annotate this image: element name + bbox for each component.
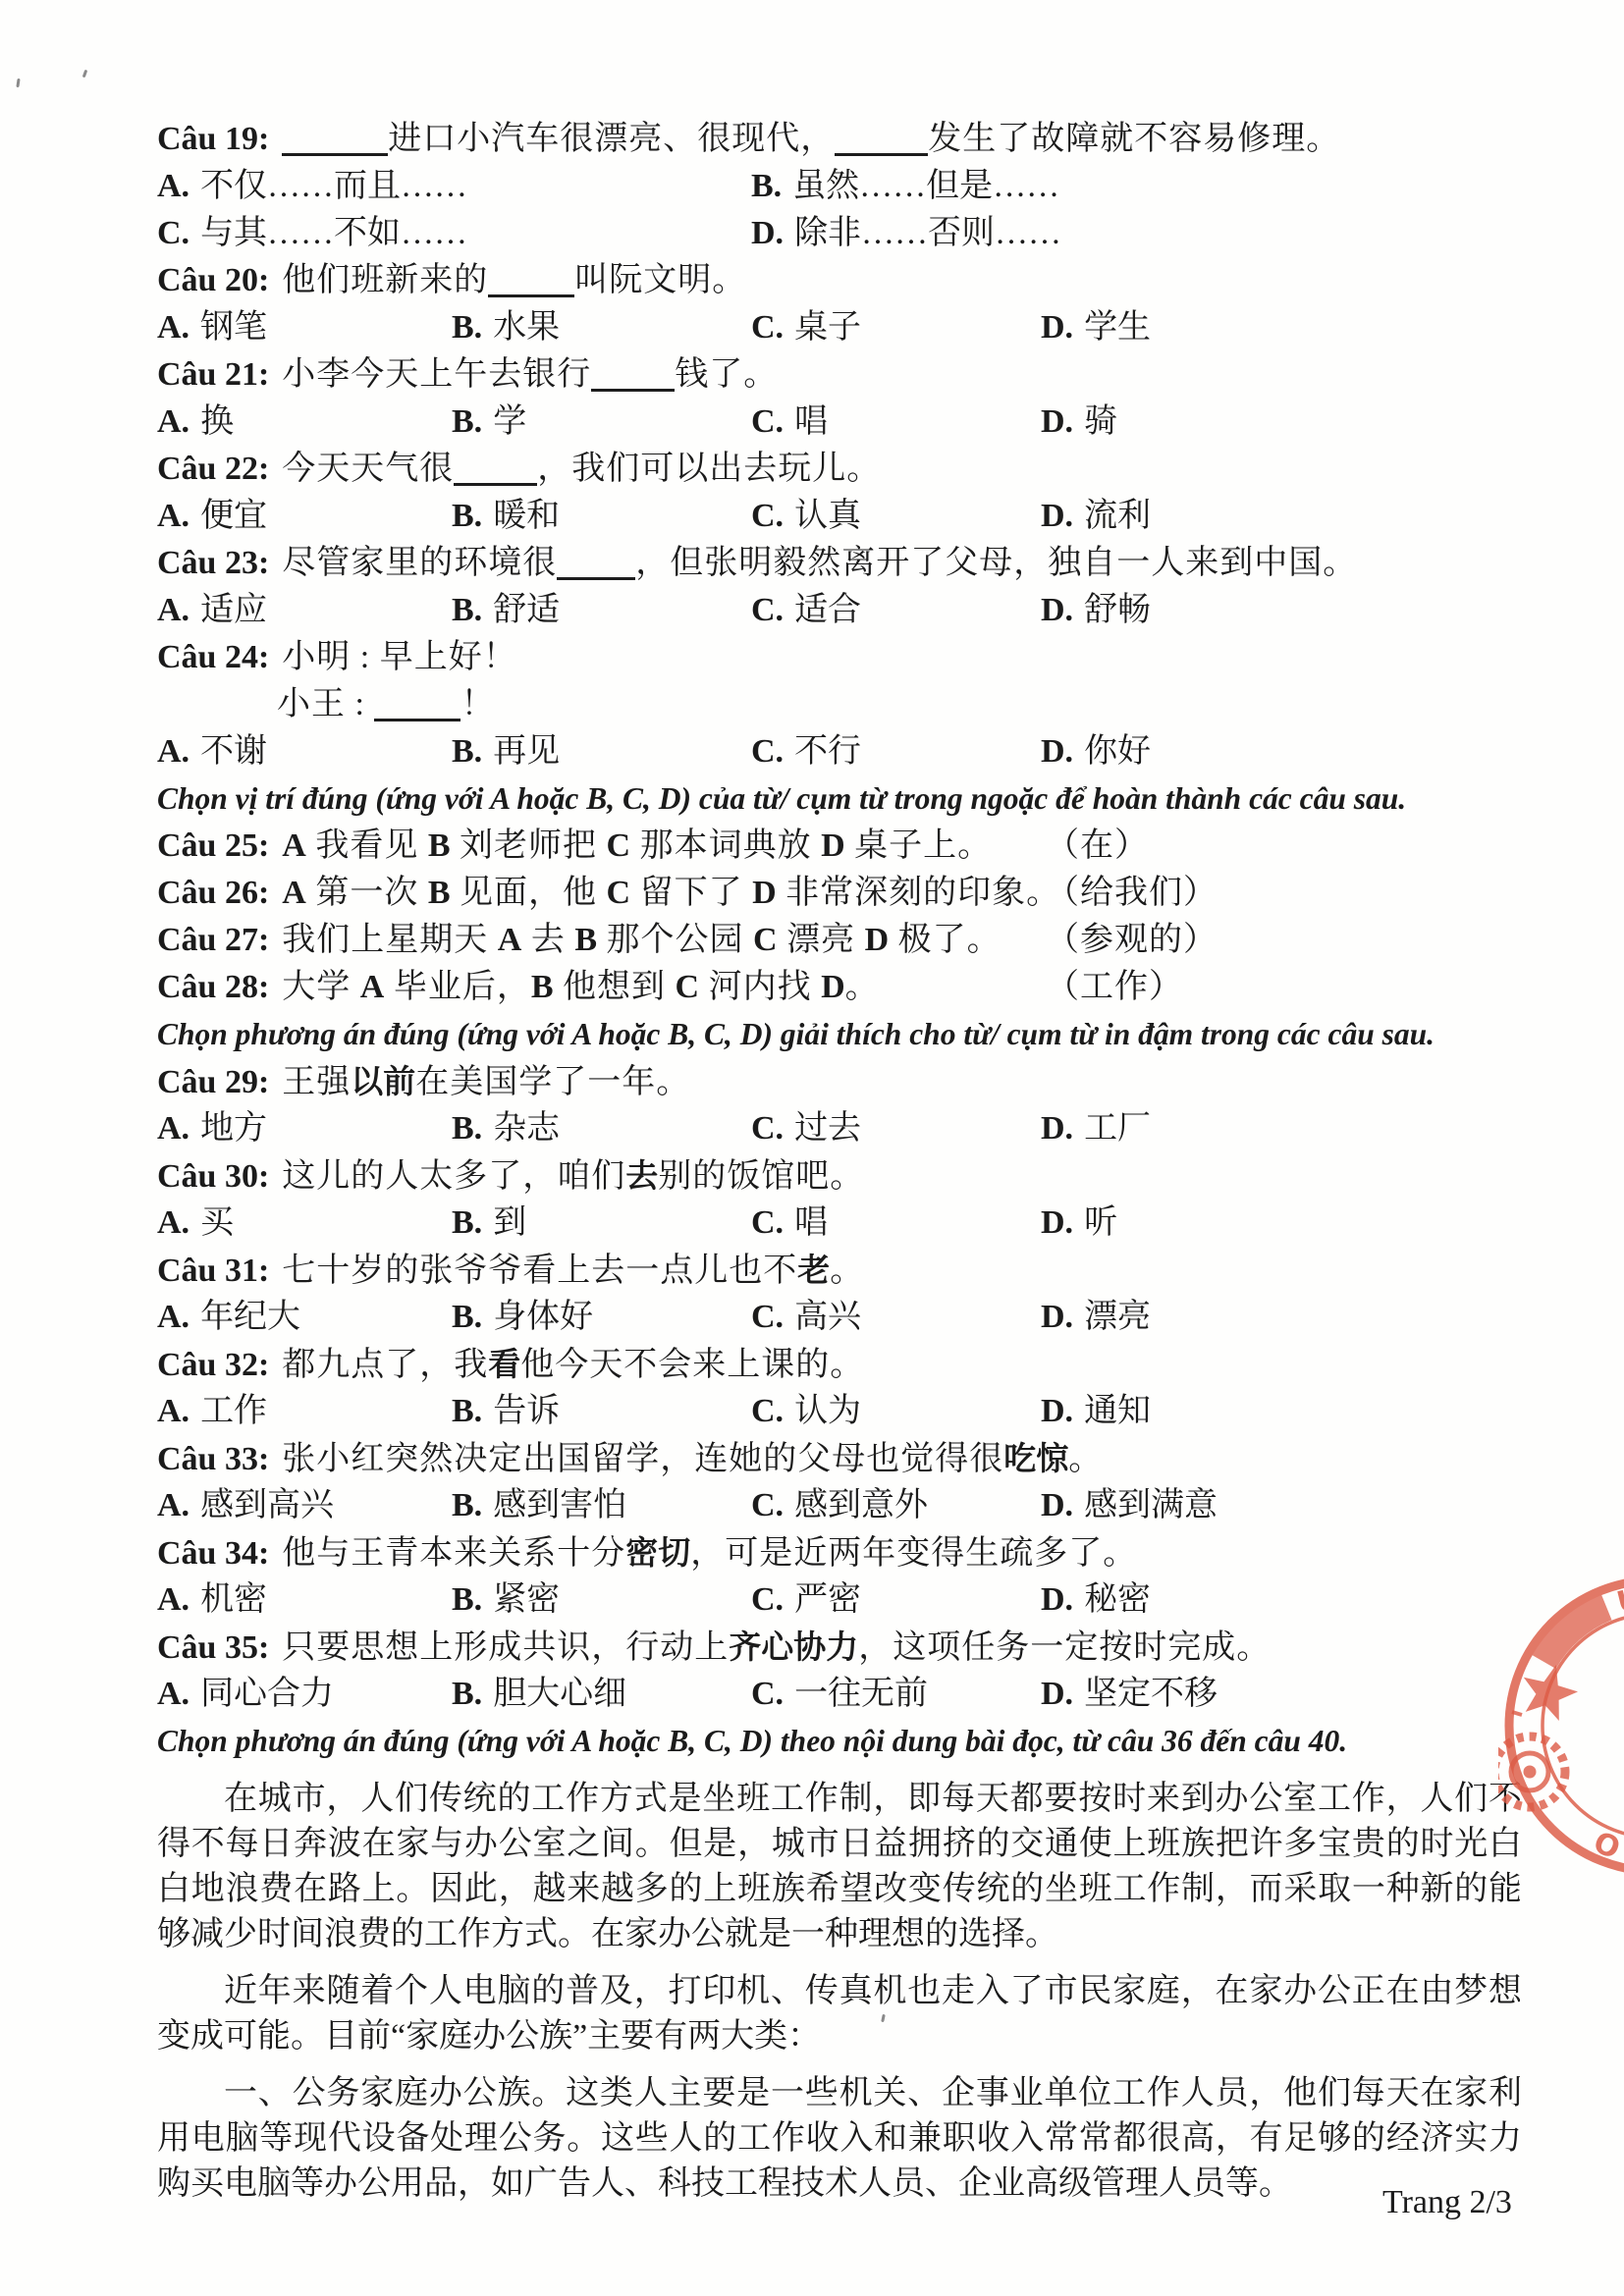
question-line: Câu 26:A 第一次 B 见面，他 C 留下了 D 非常深刻的印象。（给我们…: [157, 870, 1522, 917]
question-text-segment: 都九点了，我: [282, 1347, 488, 1383]
option-text: 学生: [1084, 309, 1151, 346]
instruction-line: Chọn phương án đúng (ứng với A hoặc B, C…: [157, 1011, 1522, 1058]
instruction-line: Chọn phương án đúng (ứng với A hoặc B, C…: [157, 1718, 1522, 1765]
option-text: 感到高兴: [200, 1487, 334, 1523]
question-label: Câu 31:: [157, 1253, 282, 1289]
option-text: 钢笔: [200, 309, 267, 346]
options-row: A.不仅……而且……B.虽然……但是……: [157, 163, 1522, 210]
option-letter: C.: [751, 1393, 794, 1429]
question-text-segment: ，这项任务一定按时完成。: [858, 1629, 1271, 1666]
option-text: 除非……否则……: [794, 215, 1061, 251]
option-text: 学: [493, 403, 526, 440]
bracket-note: （参观的）: [1046, 917, 1218, 964]
question-text-segment: 第一次: [306, 875, 428, 911]
position-letter: B: [574, 922, 597, 958]
question-text-segment: ，可是近两年变得生疏多了。: [690, 1535, 1137, 1572]
options-row: A.感到高兴B.感到害怕C.感到意外D.感到满意: [157, 1482, 1522, 1529]
option-letter: A.: [157, 168, 200, 204]
question-line: Câu 30:这儿的人太多了，咱们去别的饭馆吧。: [157, 1152, 1522, 1200]
options-row: A.机密B.紧密C.严密D.秘密: [157, 1576, 1522, 1624]
option-letter: A.: [157, 498, 200, 534]
question-label: Câu 25:: [157, 828, 282, 864]
question-text-segment: 毕业后，: [384, 969, 531, 1005]
position-letter: C: [607, 875, 631, 911]
question-label: Câu 23:: [157, 545, 282, 581]
option-text: 胆大心细: [493, 1676, 626, 1712]
option-text: 桌子: [794, 309, 861, 346]
question-text-segment: 他今天不会来上课的。: [520, 1347, 864, 1383]
option-letter: B.: [452, 1110, 493, 1147]
option: D.除非……否则……: [751, 210, 1061, 257]
option-letter: D.: [1041, 1487, 1084, 1523]
blank-line: [557, 544, 635, 580]
option-text: 告诉: [493, 1393, 560, 1429]
question-text-segment: 只要思想上形成共识，行动上: [282, 1629, 729, 1666]
question-label: Câu 21:: [157, 356, 282, 393]
official-stamp: Ụ C V O À: [1498, 1567, 1624, 1900]
question-label: Câu 35:: [157, 1629, 282, 1666]
option-letter: B.: [452, 1393, 493, 1429]
question-text-segment: 留下了: [630, 875, 752, 911]
question-text-segment: 进口小汽车很漂亮、很现代，: [388, 121, 835, 157]
option-text: 水果: [493, 309, 560, 346]
options-row: A.买B.到C.唱D.听: [157, 1200, 1522, 1247]
option: A.年纪大: [157, 1294, 300, 1341]
option-letter: D.: [1041, 1204, 1084, 1241]
option: D.流利: [1041, 493, 1151, 540]
option-letter: D.: [1041, 1676, 1084, 1712]
question-text-segment: 七十岁的张爷爷看上去一点儿也不: [282, 1253, 797, 1289]
question-text-segment: 小王 :: [277, 686, 374, 722]
question-text-segment: 极了。: [889, 922, 1001, 958]
option-letter: C.: [751, 1581, 794, 1618]
option-letter: B.: [751, 168, 792, 204]
option-text: 听: [1084, 1204, 1117, 1241]
option-letter: B.: [452, 733, 493, 770]
options-row: A.不谢B.再见C.不行D.你好: [157, 728, 1522, 775]
option-letter: D.: [751, 215, 794, 251]
option-text: 工厂: [1084, 1110, 1151, 1147]
option-letter: B.: [452, 1581, 493, 1618]
option: D.舒畅: [1041, 587, 1151, 634]
bold-term: 去: [625, 1156, 658, 1195]
option-letter: D.: [1041, 1393, 1084, 1429]
option-letter: D.: [1041, 733, 1084, 770]
option-text: 与其……不如……: [200, 215, 467, 251]
question-text-segment: 他与王青本来关系十分: [282, 1535, 625, 1572]
options-row: A.地方B.杂志C.过去D.工厂: [157, 1105, 1522, 1152]
question-text-segment: 小明 : 早上好！: [282, 639, 516, 675]
option-text: 感到害怕: [493, 1487, 626, 1523]
question-line: Câu 34:他与王青本来关系十分密切，可是近两年变得生疏多了。: [157, 1529, 1522, 1576]
option: B.暖和: [452, 493, 560, 540]
bracket-note: （工作）: [1046, 964, 1183, 1011]
option-text: 舒适: [493, 592, 560, 628]
bracket-note: （在）: [1046, 823, 1149, 870]
option-text: 杂志: [493, 1110, 560, 1147]
question-line: Câu 19:进口小汽车很漂亮、很现代，发生了故障就不容易修理。: [157, 116, 1522, 163]
option: B.感到害怕: [452, 1482, 626, 1529]
option: D.骑: [1041, 399, 1117, 446]
question-text-segment: 我们上星期天: [282, 922, 498, 958]
option: A.换: [157, 399, 234, 446]
option-letter: D.: [1041, 1110, 1084, 1147]
option: C.唱: [751, 399, 828, 446]
option: C.与其……不如……: [157, 210, 467, 257]
option-letter: D.: [1041, 309, 1084, 346]
option-letter: B.: [452, 1676, 493, 1712]
question-text-segment: 桌子上。: [845, 828, 993, 864]
option: B.学: [452, 399, 526, 446]
question-text-segment: ，我们可以出去玩儿。: [537, 451, 881, 487]
option-text: 到: [493, 1204, 526, 1241]
option: A.机密: [157, 1576, 267, 1624]
bracket-note: （给我们）: [1046, 870, 1218, 917]
options-row: C.与其……不如……D.除非……否则……: [157, 210, 1522, 257]
question-text-segment: 别的饭馆吧。: [658, 1158, 864, 1195]
question-text-segment: 大学: [282, 969, 360, 1005]
option-letter: D.: [1041, 498, 1084, 534]
option: C.桌子: [751, 304, 861, 351]
option-text: 年纪大: [200, 1299, 300, 1335]
option-text: 暖和: [493, 498, 560, 534]
option-text: 便宜: [200, 498, 267, 534]
question-line: Câu 33:张小红突然决定出国留学，连她的父母也觉得很吃惊。: [157, 1435, 1522, 1482]
question-line: Câu 28:大学 A 毕业后，B 他想到 C 河内找 D。（工作）: [157, 964, 1522, 1011]
option: C.一往无前: [751, 1671, 928, 1718]
option-text: 舒畅: [1084, 592, 1151, 628]
question-text-segment: 见面，他: [451, 875, 607, 911]
position-letter: D: [821, 969, 845, 1005]
question-label: Câu 19:: [157, 121, 282, 157]
option: C.严密: [751, 1576, 861, 1624]
bold-term: 密切: [625, 1533, 690, 1572]
option-letter: C.: [751, 498, 794, 534]
bold-term: 老: [797, 1251, 830, 1289]
option: B.身体好: [452, 1294, 593, 1341]
option-text: 买: [200, 1204, 234, 1241]
options-row: A.便宜B.暖和C.认真D.流利: [157, 493, 1522, 540]
question-label: Câu 26:: [157, 875, 282, 911]
position-letter: D: [865, 922, 890, 958]
option-text: 唱: [794, 1204, 828, 1241]
question-line: Câu 29:王强以前在美国学了一年。: [157, 1058, 1522, 1105]
options-row: A.适应B.舒适C.适合D.舒畅: [157, 587, 1522, 634]
option-letter: C.: [751, 403, 794, 440]
position-letter: C: [676, 969, 700, 1005]
stamp-cog-icon: [1524, 1766, 1536, 1778]
question-label: Câu 29:: [157, 1064, 282, 1100]
option-text: 工作: [200, 1393, 267, 1429]
option-text: 流利: [1084, 498, 1151, 534]
option: C.唱: [751, 1200, 828, 1247]
position-letter: C: [607, 828, 631, 864]
option: D.通知: [1041, 1388, 1151, 1435]
stamp-star-icon: [1524, 1665, 1578, 1721]
stamp-band-blotch: [1543, 1607, 1606, 1662]
question-text-segment: 叫阮文明。: [574, 262, 746, 298]
content-flow: Câu 19:进口小汽车很漂亮、很现代，发生了故障就不容易修理。A.不仅……而且…: [157, 116, 1522, 2207]
bold-term: 吃惊: [1003, 1439, 1068, 1477]
option-letter: A.: [157, 1299, 200, 1335]
option-text: 再见: [493, 733, 560, 770]
option-letter: C.: [751, 1110, 794, 1147]
option-text: 不仅……而且……: [200, 168, 467, 204]
option-letter: C.: [157, 215, 200, 251]
option-text: 感到意外: [794, 1487, 928, 1523]
option-text: 认为: [794, 1393, 861, 1429]
option: A.钢笔: [157, 304, 267, 351]
question-text-segment: 刘老师把: [451, 828, 607, 864]
position-letter: D: [752, 875, 777, 911]
option-letter: C.: [751, 1299, 794, 1335]
question-text-segment: 这儿的人太多了，咱们: [282, 1158, 625, 1195]
question-label: Câu 24:: [157, 639, 282, 675]
question-line: Câu 31:七十岁的张爷爷看上去一点儿也不老。: [157, 1247, 1522, 1294]
option: C.不行: [751, 728, 861, 775]
option: D.感到满意: [1041, 1482, 1218, 1529]
question-line: Câu 21:小李今天上午去银行钱了。: [157, 351, 1522, 399]
position-letter: A: [360, 969, 385, 1005]
question-text-segment: 。: [830, 1253, 864, 1289]
option: A.不仅……而且……: [157, 163, 467, 210]
question-text-segment: 王强: [282, 1064, 351, 1100]
option: B.到: [452, 1200, 526, 1247]
option: C.适合: [751, 587, 861, 634]
option-text: 高兴: [794, 1299, 861, 1335]
question-text-segment: 那本词典放: [630, 828, 821, 864]
option-letter: C.: [751, 1676, 794, 1712]
option: C.感到意外: [751, 1482, 928, 1529]
option-text: 通知: [1084, 1393, 1151, 1429]
options-row: A.钢笔B.水果C.桌子D.学生: [157, 304, 1522, 351]
option-letter: A.: [157, 592, 200, 628]
option-letter: B.: [452, 1487, 493, 1523]
question-line: Câu 32:都九点了，我看他今天不会来上课的。: [157, 1341, 1522, 1388]
option: A.同心合力: [157, 1671, 334, 1718]
question-text-segment: 。: [845, 969, 880, 1005]
question-line: Câu 20:他们班新来的叫阮文明。: [157, 257, 1522, 304]
question-label: Câu 27:: [157, 922, 282, 958]
question-text-segment: 漂亮: [778, 922, 865, 958]
position-letter: A: [498, 922, 522, 958]
question-line: Câu 22:今天天气很，我们可以出去玩儿。: [157, 446, 1522, 493]
options-row: A.同心合力B.胆大心细C.一往无前D.坚定不移: [157, 1671, 1522, 1718]
option: D.漂亮: [1041, 1294, 1151, 1341]
option-letter: B.: [452, 1299, 493, 1335]
option-letter: D.: [1041, 592, 1084, 628]
question-text-segment: 发生了故障就不容易修理。: [928, 121, 1340, 157]
question-label: Câu 34:: [157, 1535, 282, 1572]
option-letter: A.: [157, 1204, 200, 1241]
option-letter: A.: [157, 1110, 200, 1147]
question-label: Câu 28:: [157, 969, 282, 1005]
option: D.你好: [1041, 728, 1151, 775]
bold-term: 齐心协力: [729, 1628, 858, 1666]
option: C.过去: [751, 1105, 861, 1152]
position-letter: D: [821, 828, 845, 864]
scan-artifact: [82, 70, 88, 79]
blank-line: [282, 120, 388, 156]
page-number: Trang 2/3: [1382, 2181, 1512, 2224]
option: B.告诉: [452, 1388, 560, 1435]
passage-paragraph: 在城市，人们传统的工作方式是坐班工作制，即每天都要按时来到办公室工作，人们不得不…: [157, 1777, 1522, 1957]
option: A.适应: [157, 587, 267, 634]
option: A.感到高兴: [157, 1482, 334, 1529]
question-text-segment: 今天天气很: [282, 451, 454, 487]
question-text-segment: 钱了。: [675, 356, 778, 393]
option-letter: D.: [1041, 403, 1084, 440]
question-text-segment: 在美国学了一年。: [415, 1064, 690, 1100]
exam-page: Câu 19:进口小汽车很漂亮、很现代，发生了故障就不容易修理。A.不仅……而且…: [0, 0, 1624, 2296]
question-text-segment: 小李今天上午去银行: [282, 356, 591, 393]
option-text: 不谢: [200, 733, 267, 770]
question-line: Câu 24:小明 : 早上好！: [157, 634, 1522, 681]
position-letter: B: [531, 969, 554, 1005]
question-label: Câu 22:: [157, 451, 282, 487]
option-letter: C.: [751, 1204, 794, 1241]
option-letter: A.: [157, 733, 200, 770]
question-label: Câu 20:: [157, 262, 282, 298]
option-text: 同心合力: [200, 1676, 334, 1712]
question-text-segment: 河内找: [699, 969, 821, 1005]
blank-line: [488, 261, 574, 297]
option: D.听: [1041, 1200, 1117, 1247]
option: A.地方: [157, 1105, 267, 1152]
option-text: 感到满意: [1084, 1487, 1218, 1523]
option-letter: A.: [157, 1487, 200, 1523]
question-label: Câu 32:: [157, 1347, 282, 1383]
position-letter: B: [428, 875, 451, 911]
option-text: 一往无前: [794, 1676, 928, 1712]
options-row: A.工作B.告诉C.认为D.通知: [157, 1388, 1522, 1435]
question-label: Câu 33:: [157, 1441, 282, 1477]
question-line: Câu 23:尽管家里的环境很，但张明毅然离开了父母，独自一人来到中国。: [157, 540, 1522, 587]
option-text: 机密: [200, 1581, 267, 1618]
passage-paragraph: 近年来随着个人电脑的普及，打印机、传真机也走入了市民家庭，在家办公正在由梦想变成…: [157, 1969, 1522, 2059]
option: A.工作: [157, 1388, 267, 1435]
option-text: 你好: [1084, 733, 1151, 770]
option-text: 不行: [794, 733, 861, 770]
question-text-segment: 张小红突然决定出国留学，连她的父母也觉得很: [282, 1441, 1003, 1477]
option-text: 认真: [794, 498, 861, 534]
option: B.舒适: [452, 587, 560, 634]
position-letter: C: [753, 922, 778, 958]
option: D.秘密: [1041, 1576, 1151, 1624]
option-text: 身体好: [493, 1299, 593, 1335]
option-text: 适应: [200, 592, 267, 628]
question-text-segment: ，但张明毅然离开了父母，独自一人来到中国。: [635, 545, 1357, 581]
question-text-segment: 非常深刻的印象。: [777, 875, 1061, 911]
option-letter: A.: [157, 1581, 200, 1618]
option: B.水果: [452, 304, 560, 351]
blank-line: [835, 120, 928, 156]
option-text: 唱: [794, 403, 828, 440]
bold-term: 以前: [351, 1062, 415, 1100]
option-text: 适合: [794, 592, 861, 628]
option: D.坚定不移: [1041, 1671, 1218, 1718]
option-letter: B.: [452, 403, 493, 440]
question-text-segment: 那个公园: [597, 922, 753, 958]
stamp-letter: Ụ: [1613, 1581, 1624, 1621]
blank-line: [591, 355, 675, 392]
option: A.便宜: [157, 493, 267, 540]
option: C.高兴: [751, 1294, 861, 1341]
option: B.再见: [452, 728, 560, 775]
option: A.买: [157, 1200, 234, 1247]
option-letter: B.: [452, 309, 493, 346]
option-letter: B.: [452, 498, 493, 534]
option-text: 骑: [1084, 403, 1117, 440]
option-text: 秘密: [1084, 1581, 1151, 1618]
option-letter: C.: [751, 592, 794, 628]
options-row: A.年纪大B.身体好C.高兴D.漂亮: [157, 1294, 1522, 1341]
option-text: 虽然……但是……: [792, 168, 1059, 204]
option: B.紧密: [452, 1576, 560, 1624]
bold-term: 看: [488, 1345, 520, 1383]
question-label: Câu 30:: [157, 1158, 282, 1195]
scan-artifact: [16, 79, 20, 87]
option: B.胆大心细: [452, 1671, 626, 1718]
option-letter: C.: [751, 733, 794, 770]
option-letter: A.: [157, 403, 200, 440]
position-letter: B: [428, 828, 451, 864]
option: A.不谢: [157, 728, 267, 775]
question-text-segment: 他们班新来的: [282, 262, 488, 298]
question-text-segment: 我看见: [306, 828, 428, 864]
option-letter: D.: [1041, 1581, 1084, 1618]
question-line: Câu 35:只要思想上形成共识，行动上齐心协力，这项任务一定按时完成。: [157, 1624, 1522, 1671]
option-letter: A.: [157, 1393, 200, 1429]
option: C.认真: [751, 493, 861, 540]
instruction-line: Chọn vị trí đúng (ứng với A hoặc B, C, D…: [157, 775, 1522, 823]
question-text-segment: 去: [521, 922, 574, 958]
option-letter: C.: [751, 1487, 794, 1523]
option-letter: A.: [157, 309, 200, 346]
question-text-segment: 。: [1068, 1441, 1103, 1477]
option: B.虽然……但是……: [751, 163, 1059, 210]
option-text: 紧密: [493, 1581, 560, 1618]
option-text: 换: [200, 403, 234, 440]
question-line: Câu 25:A 我看见 B 刘老师把 C 那本词典放 D 桌子上。（在）: [157, 823, 1522, 870]
blank-line: [374, 685, 460, 721]
option-text: 漂亮: [1084, 1299, 1151, 1335]
option-letter: B.: [452, 592, 493, 628]
question-line: Câu 27:我们上星期天 A 去 B 那个公园 C 漂亮 D 极了。（参观的）: [157, 917, 1522, 964]
options-row: A.换B.学C.唱D.骑: [157, 399, 1522, 446]
option-letter: C.: [751, 309, 794, 346]
question-line: 小王 : ！: [277, 681, 1522, 728]
option: C.认为: [751, 1388, 861, 1435]
option: D.工厂: [1041, 1105, 1151, 1152]
option-letter: A.: [157, 1676, 200, 1712]
position-letter: A: [282, 875, 306, 911]
question-text-segment: 尽管家里的环境很: [282, 545, 557, 581]
position-letter: A: [282, 828, 306, 864]
option-text: 严密: [794, 1581, 861, 1618]
option-letter: D.: [1041, 1299, 1084, 1335]
passage-paragraph: 一、公务家庭办公族。这类人主要是一些机关、企事业单位工作人员，他们每天在家利用电…: [157, 2071, 1522, 2207]
question-text-segment: 他想到: [554, 969, 676, 1005]
option: D.学生: [1041, 304, 1151, 351]
option-text: 地方: [200, 1110, 267, 1147]
question-text-segment: ！: [460, 686, 495, 722]
option-text: 坚定不移: [1084, 1676, 1218, 1712]
option-text: 过去: [794, 1110, 861, 1147]
blank-line: [454, 450, 537, 486]
option: B.杂志: [452, 1105, 560, 1152]
option-letter: B.: [452, 1204, 493, 1241]
